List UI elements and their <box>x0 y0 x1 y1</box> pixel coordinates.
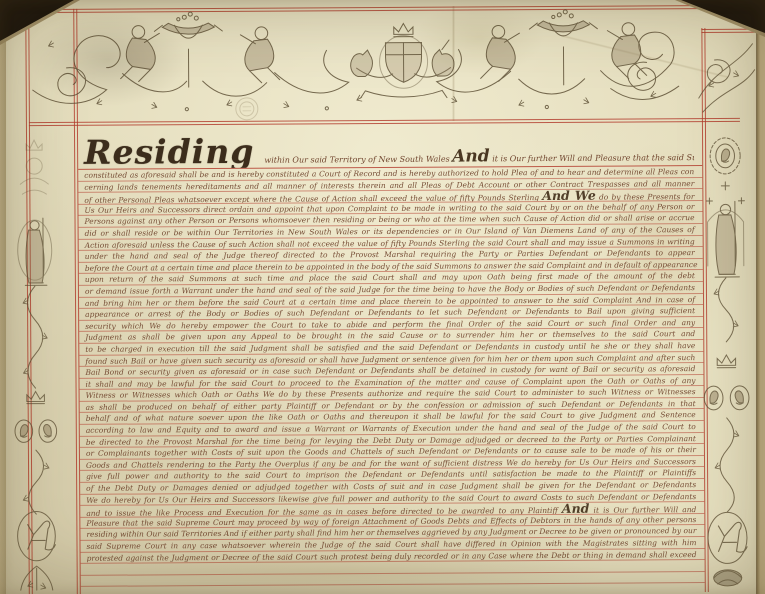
blank-ruled-line <box>81 572 705 587</box>
crowned-bust-sketch-icon <box>20 140 48 194</box>
document-page: Residing within Our said Territory of Ne… <box>0 0 765 594</box>
page-edge-right <box>756 24 765 594</box>
crown-icon <box>27 391 45 403</box>
blind-stamp-icon <box>236 98 258 120</box>
photo-background-corner <box>0 0 74 41</box>
base-foliage-cluster <box>714 570 742 586</box>
lion-medallion-icon <box>17 511 55 561</box>
top-border-ornament <box>26 6 701 122</box>
portrait-medallion-icon <box>730 386 749 410</box>
heading-row: Residing within Our said Territory of Ne… <box>78 123 702 170</box>
heading-line-pre: within Our said Territory of New South W… <box>264 155 449 165</box>
photo-background-corner <box>681 0 765 33</box>
page-edge-left <box>0 34 6 594</box>
heading-line-bigword: And <box>452 146 490 166</box>
wreath-medallion-icon <box>710 138 740 174</box>
manuscript-content: Residing within Our said Territory of Ne… <box>0 0 765 594</box>
heading-line-post: it is Our further Will and Pleasure that… <box>492 153 694 164</box>
portrait-medallion-icon <box>15 420 33 443</box>
portrait-medallion-icon <box>704 386 723 410</box>
lion-medallion-icon <box>708 512 747 563</box>
standing-figure-icon <box>715 201 740 277</box>
heading-initial-word: Residing <box>84 126 255 170</box>
royal-arms-icon <box>350 23 454 98</box>
crown-icon <box>717 355 735 368</box>
portrait-medallion-icon <box>39 420 57 443</box>
manuscript-body: constituted as aforesaid shall be and is… <box>78 166 705 587</box>
heading-line: within Our said Territory of New South W… <box>264 145 694 168</box>
left-border-ornament <box>5 138 63 594</box>
